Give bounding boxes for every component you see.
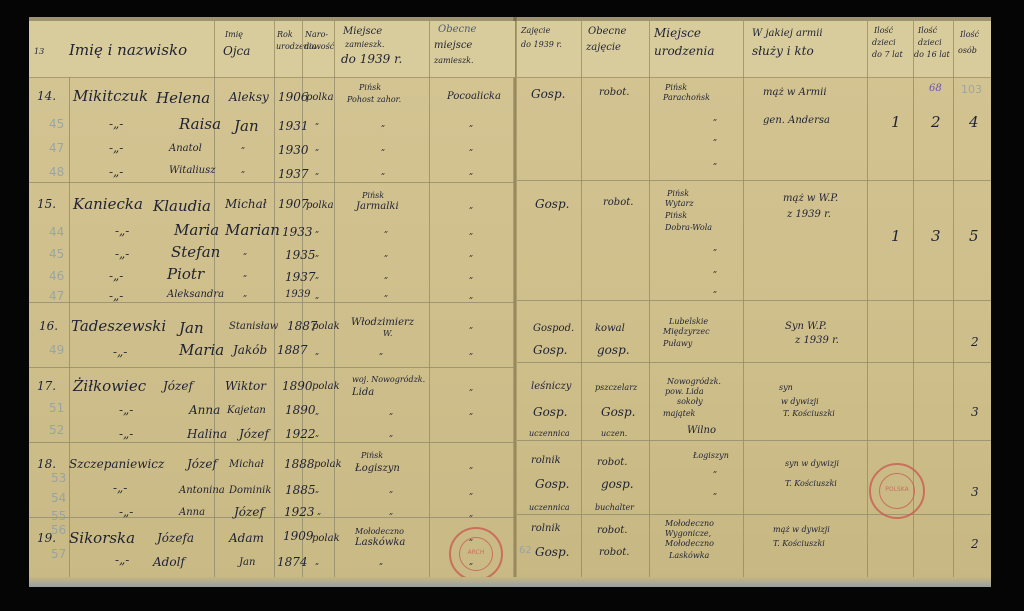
surname-ditto: -„- xyxy=(119,427,133,441)
occupation-prewar: Gosp. xyxy=(533,343,567,357)
persons-count: 2 xyxy=(971,537,979,551)
pencil-index: 55 xyxy=(51,509,66,523)
running-total-persons: 103 xyxy=(961,83,982,96)
ditto: „ xyxy=(469,201,473,210)
ditto: „ xyxy=(389,507,393,516)
running-total-children: 68 xyxy=(929,83,942,94)
birth-year: 1906 xyxy=(278,90,309,104)
surname-ditto: -„- xyxy=(109,289,123,303)
given-name: Józefa xyxy=(157,531,194,545)
ditto: „ xyxy=(469,509,473,518)
grid-line xyxy=(743,77,744,577)
children-under-7: 1 xyxy=(891,227,901,245)
army-info: z 1939 r. xyxy=(787,209,831,220)
surname-ditto: -„- xyxy=(113,481,127,495)
occupation-current: uczen. xyxy=(601,429,627,438)
ditto: „ xyxy=(241,165,245,174)
family-divider xyxy=(29,302,515,303)
birthplace: Parachońsk xyxy=(663,93,710,102)
right-header-row: Zajęcie do 1939 r. Obecne zajęcie Miejsc… xyxy=(517,21,991,78)
ditto: „ xyxy=(713,265,717,274)
surname-ditto: -„- xyxy=(109,141,123,155)
pencil-index: 51 xyxy=(49,401,64,415)
surname-ditto: -„- xyxy=(109,165,123,179)
given-name: Halina xyxy=(187,427,227,441)
occupation-prewar: leśniczy xyxy=(531,381,571,392)
family-number: 14. xyxy=(37,89,56,103)
army-info: T. Kościuszki xyxy=(773,539,825,548)
header-residence: Miejsce zamieszk. do 1939 r. xyxy=(334,21,430,77)
family-divider xyxy=(517,440,991,441)
header-current-residence: Obecne miejsce zamieszk. xyxy=(429,21,516,77)
army-info: T. Kościuszki xyxy=(783,409,835,418)
persons-count: 2 xyxy=(971,335,979,349)
children-under-16: 3 xyxy=(931,227,941,245)
occupation-prewar: Gospod. xyxy=(533,323,574,334)
nationality: polak xyxy=(312,381,340,392)
given-name: Antonina xyxy=(179,485,225,496)
birthplace: Puławy xyxy=(663,339,692,348)
birth-year: 1890 xyxy=(282,379,313,393)
father-name: Stanisław xyxy=(229,321,278,332)
surname-ditto: -„- xyxy=(115,247,129,261)
ditto: „ xyxy=(469,167,473,176)
surname-ditto: -„- xyxy=(115,224,129,238)
given-name: Stefan xyxy=(171,243,220,261)
army-info: w dywizji xyxy=(781,397,819,406)
occupation-current: gosp. xyxy=(601,477,634,491)
pencil-index: 52 xyxy=(49,423,64,437)
birth-year: 1930 xyxy=(278,143,309,157)
army-info: z 1939 r. xyxy=(795,335,839,346)
family-divider xyxy=(517,514,991,515)
ditto: „ xyxy=(315,271,319,280)
ditto: „ xyxy=(381,167,385,176)
ditto: „ xyxy=(713,113,717,122)
birth-year: 1874 xyxy=(277,555,308,569)
ditto: „ xyxy=(379,557,383,566)
father-name: Adam xyxy=(229,531,264,545)
given-name: Helena xyxy=(156,89,210,107)
ditto: „ xyxy=(241,141,245,150)
father-name: Jan xyxy=(239,557,255,568)
ditto: „ xyxy=(315,557,319,566)
grid-line xyxy=(867,77,868,577)
header-persons: Ilość osób xyxy=(953,21,992,77)
ditto: „ xyxy=(384,289,388,298)
surname: Mikitczuk xyxy=(73,87,148,105)
grid-line xyxy=(214,77,215,577)
army-info: mąż w dywizji xyxy=(773,525,830,534)
birth-year: 1935 xyxy=(285,248,316,262)
birthplace: Łogiszyn xyxy=(693,451,729,460)
ditto: „ xyxy=(315,291,319,300)
residence-line1: Pińsk xyxy=(359,83,381,92)
occupation-prewar: uczennica xyxy=(529,429,570,438)
birthplace: Laskówka xyxy=(669,551,709,560)
surname: Sikorska xyxy=(69,529,135,547)
residence-line2: Jarmalki xyxy=(356,201,399,212)
father-name: Józef xyxy=(234,505,264,519)
birthplace: Wilno xyxy=(687,425,716,436)
header-children-7: Ilość dzieci do 7 lat xyxy=(867,21,914,77)
ditto: „ xyxy=(469,383,473,392)
persons-count: 3 xyxy=(971,405,979,419)
ditto: „ xyxy=(389,407,393,416)
surname-ditto: -„- xyxy=(109,117,123,131)
birthplace: majątek xyxy=(663,409,695,418)
surname: Kaniecka xyxy=(73,195,143,213)
given-name: Jan xyxy=(179,319,204,337)
occupation-prewar: Gosp. xyxy=(535,477,569,491)
pencil-index: 56 xyxy=(51,523,66,537)
residence-line1: Pińsk xyxy=(361,451,383,460)
ditto: „ xyxy=(315,485,319,494)
father-name: Michał xyxy=(225,197,267,211)
occupation-current: pszczelarz xyxy=(595,383,637,392)
ditto: „ xyxy=(315,249,319,258)
given-name: Anna xyxy=(189,403,220,417)
family-divider xyxy=(517,180,991,181)
ditto: „ xyxy=(469,291,473,300)
ditto: „ xyxy=(713,243,717,252)
ditto: „ xyxy=(713,285,717,294)
pencil-index: 47 xyxy=(49,289,64,303)
occupation-prewar: uczennica xyxy=(529,503,570,512)
ditto: „ xyxy=(469,347,473,356)
surname-ditto: -„- xyxy=(119,403,133,417)
nationality: polka xyxy=(306,92,334,103)
birthplace: Lubelskie xyxy=(669,317,708,326)
ditto: „ xyxy=(384,249,388,258)
father-name: Dominik xyxy=(229,485,271,496)
children-under-16: 2 xyxy=(931,113,941,131)
occupation-prewar: Gosp. xyxy=(535,197,569,211)
nationality: polak xyxy=(312,321,340,332)
pencil-index: 53 xyxy=(51,471,66,485)
pencil-index: 62 xyxy=(519,545,532,556)
birthplace: Pińsk xyxy=(665,83,687,92)
occupation-current: gosp. xyxy=(597,343,630,357)
pencil-index: 46 xyxy=(49,269,64,283)
ditto: „ xyxy=(389,485,393,494)
ditto: „ xyxy=(389,429,393,438)
given-name: Adolf xyxy=(153,555,185,569)
army-info: syn xyxy=(779,383,793,392)
family-divider xyxy=(517,362,991,363)
pencil-index: 45 xyxy=(49,117,64,131)
pencil-index: 57 xyxy=(51,547,66,561)
header-nationality: Naro- dowość xyxy=(302,21,335,77)
occupation-prewar: rolnik xyxy=(531,455,561,466)
given-name: Raisa xyxy=(179,115,221,133)
grid-line xyxy=(953,77,954,577)
family-number: 15. xyxy=(37,197,56,211)
surname: Szczepaniewicz xyxy=(69,457,164,471)
ditto: „ xyxy=(469,143,473,152)
ditto: „ xyxy=(469,487,473,496)
occupation-current: buchalter xyxy=(595,503,634,512)
family-divider xyxy=(29,517,515,518)
family-divider xyxy=(29,182,515,183)
surname-ditto: -„- xyxy=(109,269,123,283)
grid-line xyxy=(581,77,582,577)
ditto: „ xyxy=(315,167,319,176)
residence-line2: Laskówka xyxy=(355,537,405,548)
residence-line2: W. xyxy=(383,329,392,338)
birth-year: 1933 xyxy=(282,225,313,239)
family-divider xyxy=(29,367,515,368)
army-info: mąż w W.P. xyxy=(783,193,838,204)
father-name: Jan xyxy=(234,117,259,135)
occupation-current: kowal xyxy=(595,323,625,334)
ditto: „ xyxy=(469,271,473,280)
persons-count: 4 xyxy=(969,113,979,131)
surname-ditto: -„- xyxy=(113,345,127,359)
army-info: syn w dywizji xyxy=(785,459,839,468)
army-info: Syn W.P. xyxy=(785,321,827,332)
birthplace: Wygonicze, xyxy=(665,529,711,538)
residence-line1: Pińsk xyxy=(362,191,384,200)
birth-year: 1909 xyxy=(283,529,314,543)
bottom-edge xyxy=(29,577,991,587)
header-father: Imię Ojca xyxy=(214,21,272,77)
given-name: Józef xyxy=(187,457,217,471)
ditto: „ xyxy=(381,143,385,152)
birthplace: sokoły xyxy=(677,397,703,406)
pencil-index: 54 xyxy=(51,491,66,505)
residence-line1: Włodzimierz xyxy=(351,317,414,328)
header-occupation-prewar: Zajęcie do 1939 r. xyxy=(517,21,581,77)
residence-line2: Łogiszyn xyxy=(355,463,400,474)
surname-ditto: -„- xyxy=(115,553,129,567)
ditto: „ xyxy=(469,119,473,128)
family-divider xyxy=(517,300,991,301)
given-name: Witaliusz xyxy=(169,165,216,176)
archive-stamp: POLSKA xyxy=(869,463,925,519)
residence-line2: Lida xyxy=(352,387,374,398)
family-number: 17. xyxy=(37,379,56,393)
ditto: „ xyxy=(469,461,473,470)
occupation-current: robot. xyxy=(599,547,629,558)
ditto: „ xyxy=(713,465,717,474)
birthplace: Wytarz xyxy=(665,199,694,208)
given-name: Józef xyxy=(163,379,193,393)
occupation-prewar: rolnik xyxy=(531,523,561,534)
header-name: Imię i nazwisko xyxy=(69,21,219,77)
birth-year: 1907 xyxy=(278,197,309,211)
pencil-index: 47 xyxy=(49,141,64,155)
ditto: „ xyxy=(243,269,247,278)
birth-year: 1923 xyxy=(284,505,315,519)
birthplace: Dobra-Wola xyxy=(665,223,712,232)
army-info: mąż w Armii xyxy=(763,87,827,98)
father-name: Jakób xyxy=(233,343,267,357)
occupation-prewar: Gosp. xyxy=(535,545,569,559)
father-name: Wiktor xyxy=(225,379,266,393)
birth-year: 1931 xyxy=(278,119,309,133)
birthplace: Pińsk xyxy=(667,189,689,198)
corner-mark: 13 xyxy=(34,47,44,56)
occupation-prewar: Gosp. xyxy=(531,87,565,101)
family-number: 18. xyxy=(37,457,56,471)
birthplace: Mołodeczno xyxy=(665,519,714,528)
ditto: „ xyxy=(315,429,319,438)
given-name: Klaudia xyxy=(153,197,211,215)
given-name: Anatol xyxy=(169,143,202,154)
ditto: „ xyxy=(713,487,717,496)
father-name: Kajetan xyxy=(227,405,266,416)
header-birthplace: Miejsce urodzenia xyxy=(649,21,744,77)
given-name: Aleksandra xyxy=(167,289,224,300)
pencil-index: 49 xyxy=(49,343,64,357)
family-divider xyxy=(29,442,515,443)
army-info: T. Kościuszki xyxy=(785,479,837,488)
nationality: polka xyxy=(306,200,334,211)
birth-year: 1937 xyxy=(285,270,316,284)
ditto: „ xyxy=(469,227,473,236)
ditto: „ xyxy=(469,321,473,330)
occupation-current: Gosp. xyxy=(601,405,635,419)
army-info: gen. Andersa xyxy=(763,115,830,126)
persons-count: 3 xyxy=(971,485,979,499)
birthplace: Międzyrzec xyxy=(663,327,710,336)
pencil-index: 48 xyxy=(49,165,64,179)
ditto: „ xyxy=(315,225,319,234)
nationality: polak xyxy=(312,533,340,544)
father-name: Józef xyxy=(239,427,269,441)
residence-line1: Mołodeczno xyxy=(355,527,404,536)
residence-line2: Pohost zahor. xyxy=(347,95,401,104)
surname: Tadeszewski xyxy=(71,317,166,335)
ditto: „ xyxy=(315,117,319,126)
occupation-prewar: Gosp. xyxy=(533,405,567,419)
header-children-16: Ilość dzieci do 16 lat xyxy=(913,21,954,77)
occupation-current: robot. xyxy=(599,87,629,98)
pencil-index: 45 xyxy=(49,247,64,261)
birthplace: Pińsk xyxy=(665,211,687,220)
birth-year: 1885 xyxy=(285,483,316,497)
ditto: „ xyxy=(317,507,321,516)
left-header-row: 13 Imię i nazwisko Imię Ojca Rok urodzen… xyxy=(29,21,515,78)
ditto: „ xyxy=(713,133,717,142)
nationality: polak xyxy=(314,459,342,470)
occupation-current: robot. xyxy=(597,525,627,536)
given-name: Anna xyxy=(179,507,205,518)
grid-line xyxy=(69,77,70,577)
ditto: „ xyxy=(384,225,388,234)
given-name: Maria xyxy=(179,341,224,359)
surname-ditto: -„- xyxy=(119,505,133,519)
ditto: „ xyxy=(469,249,473,258)
grid-line xyxy=(649,77,650,577)
father-name: Michał xyxy=(229,459,264,470)
birth-year: 1887 xyxy=(277,343,308,357)
birth-year: 1937 xyxy=(278,167,309,181)
ditto: „ xyxy=(381,119,385,128)
family-number: 16. xyxy=(39,319,58,333)
ditto: „ xyxy=(384,271,388,280)
birthplace: pow. Lida xyxy=(665,387,704,396)
occupation-current: robot. xyxy=(597,457,627,468)
header-army: W jakiej armii służy i kto xyxy=(743,21,868,77)
residence-line1: woj. Nowogródzk. xyxy=(352,375,425,384)
header-occupation-current: Obecne zajęcie xyxy=(581,21,650,77)
occupation-current: robot. xyxy=(603,197,633,208)
birthplace: Mołodeczno xyxy=(665,539,714,548)
ditto: „ xyxy=(315,407,319,416)
pencil-index: 44 xyxy=(49,225,64,239)
ditto: „ xyxy=(713,157,717,166)
ditto: „ xyxy=(243,289,247,298)
archive-stamp: ARCH xyxy=(449,527,503,581)
ditto: „ xyxy=(315,143,319,152)
ditto: „ xyxy=(315,347,319,356)
ledger-scan: 13 Imię i nazwisko Imię Ojca Rok urodzen… xyxy=(29,17,991,587)
given-name: Maria xyxy=(174,221,219,239)
ditto: „ xyxy=(379,347,383,356)
ditto: „ xyxy=(469,407,473,416)
given-name: Piotr xyxy=(167,265,204,283)
father-name: Marian xyxy=(225,221,280,239)
birthplace: Nowogródzk. xyxy=(667,377,721,386)
birth-year: 1939 xyxy=(285,289,310,300)
persons-count: 5 xyxy=(969,227,979,245)
ditto: „ xyxy=(243,247,247,256)
current-residence: Pocoalicka xyxy=(447,91,501,102)
children-under-7: 1 xyxy=(891,113,901,131)
birth-year: 1922 xyxy=(285,427,316,441)
father-name: Aleksy xyxy=(229,90,269,104)
grid-line xyxy=(429,77,430,577)
birth-year: 1888 xyxy=(284,457,315,471)
header-birth-year: Rok urodzenia xyxy=(274,21,303,77)
birth-year: 1890 xyxy=(285,403,316,417)
surname: Żiłkowiec xyxy=(73,377,146,395)
